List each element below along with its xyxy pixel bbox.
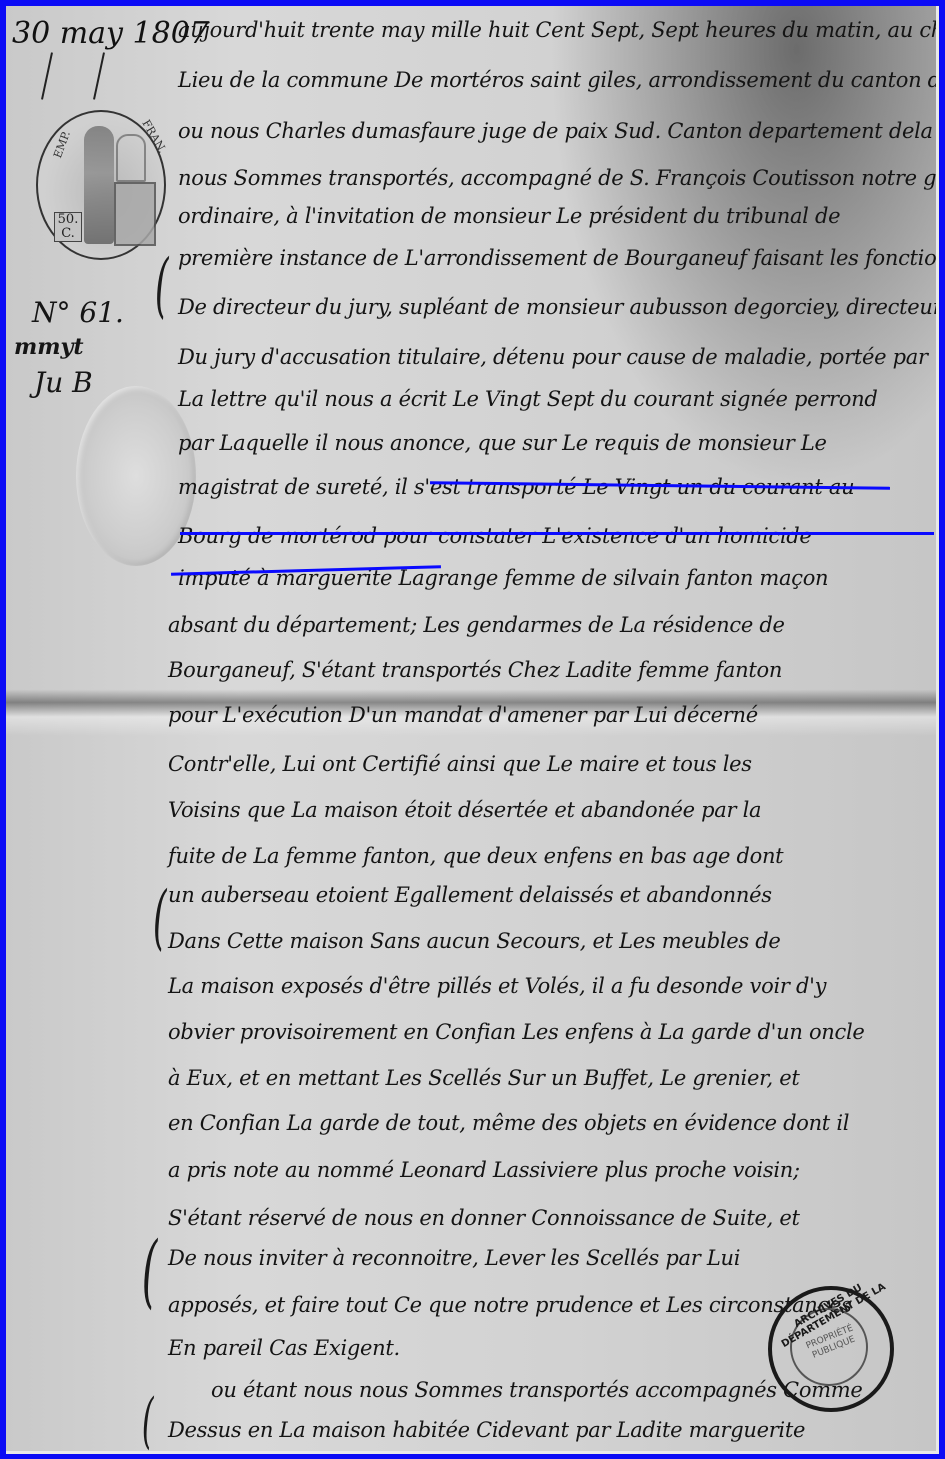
text-line: ordinaire, à l'invitation de monsieur Le… (178, 204, 840, 228)
text-line: Du jury d'accusation titulaire, détenu p… (178, 345, 928, 369)
allegorical-figure-icon (84, 126, 114, 244)
text-line: S'étant réservé de nous en donner Connoi… (168, 1206, 800, 1230)
paragraph-bracket: ( (153, 876, 167, 958)
text-line: La lettre qu'il nous a écrit Le Vingt Se… (178, 387, 878, 411)
text-line: Bourganeuf, S'étant transportés Chez Lad… (168, 658, 782, 682)
text-line: par Laquelle il nous anonce, que sur Le … (178, 431, 827, 455)
stamp-text-left: EMP. (51, 129, 73, 160)
archives-ownership-stamp: ARCHIVES DU DÉPARTEMENT DE LA PROPRIÉTÉ … (768, 1286, 894, 1412)
fiscal-stamp-seal: EMP. FRAN. 50. C. (36, 110, 166, 260)
text-line: Lieu de la commune De mortéros saint gil… (178, 68, 939, 92)
text-line: Dans Cette maison Sans aucun Secours, et… (168, 929, 781, 953)
text-line: fuite de La femme fanton, que deux enfen… (168, 844, 783, 868)
text-line: un auberseau etoient Egallement delaissé… (168, 883, 772, 907)
text-line: aujourd'huit trente may mille huit Cent … (178, 18, 939, 42)
text-line: absant du département; Les gendarmes de … (168, 613, 785, 637)
margin-number: N° 61. (32, 296, 124, 329)
law-tablets-icon (116, 134, 146, 182)
text-line: De nous inviter à reconnoitre, Lever les… (168, 1246, 740, 1270)
text-line: De directeur du jury, supléant de monsie… (178, 295, 939, 319)
text-line: Bourg de mortérod pour constater L'exist… (178, 524, 812, 548)
text-line: première instance de L'arrondissement de… (178, 246, 939, 270)
text-line: a pris note au nommé Leonard Lassiviere … (168, 1158, 800, 1182)
text-line: Voisins que La maison étoit désertée et … (168, 798, 761, 822)
margin-initials: Ju B (34, 366, 93, 399)
text-line: en Confian La garde de tout, même des ob… (168, 1111, 849, 1135)
text-line: Contr'elle, Lui ont Certifié ainsi que L… (168, 752, 752, 776)
blue-underline (180, 532, 934, 535)
text-line: apposés, et faire tout Ce que notre prud… (168, 1293, 852, 1317)
date-flourish (93, 52, 105, 99)
paragraph-bracket: ( (155, 244, 169, 326)
text-line: nous Sommes transportés, accompagné de S… (178, 166, 939, 190)
stamp-value: 50. C. (54, 212, 82, 242)
paragraph-bracket: ( (142, 1224, 158, 1317)
text-line: obvier provisoirement en Confian Les enf… (168, 1020, 865, 1044)
text-line: ou étant nous nous Sommes transportés ac… (211, 1378, 863, 1402)
text-line: ou nous Charles dumasfaure juge de paix … (178, 119, 939, 143)
date-flourish (41, 52, 53, 99)
pedestal-eagle-icon (114, 182, 156, 246)
text-line: à Eux, et en mettant Les Scellés Sur un … (168, 1066, 800, 1090)
paragraph-bracket: ( (142, 1386, 154, 1454)
text-line: La maison exposés d'être pillés et Volés… (168, 974, 826, 998)
blue-frame: 30 may 1807 EMP. FRAN. 50. C. N° 61. mmy… (0, 0, 945, 1459)
text-line: pour L'exécution D'un mandat d'amener pa… (168, 703, 758, 727)
text-line: En pareil Cas Exigent. (168, 1336, 400, 1360)
text-line: Dessus en La maison habitée Cidevant par… (168, 1418, 805, 1442)
margin-abbrev: mmyt (14, 334, 84, 360)
document-page: 30 may 1807 EMP. FRAN. 50. C. N° 61. mmy… (6, 6, 939, 1454)
